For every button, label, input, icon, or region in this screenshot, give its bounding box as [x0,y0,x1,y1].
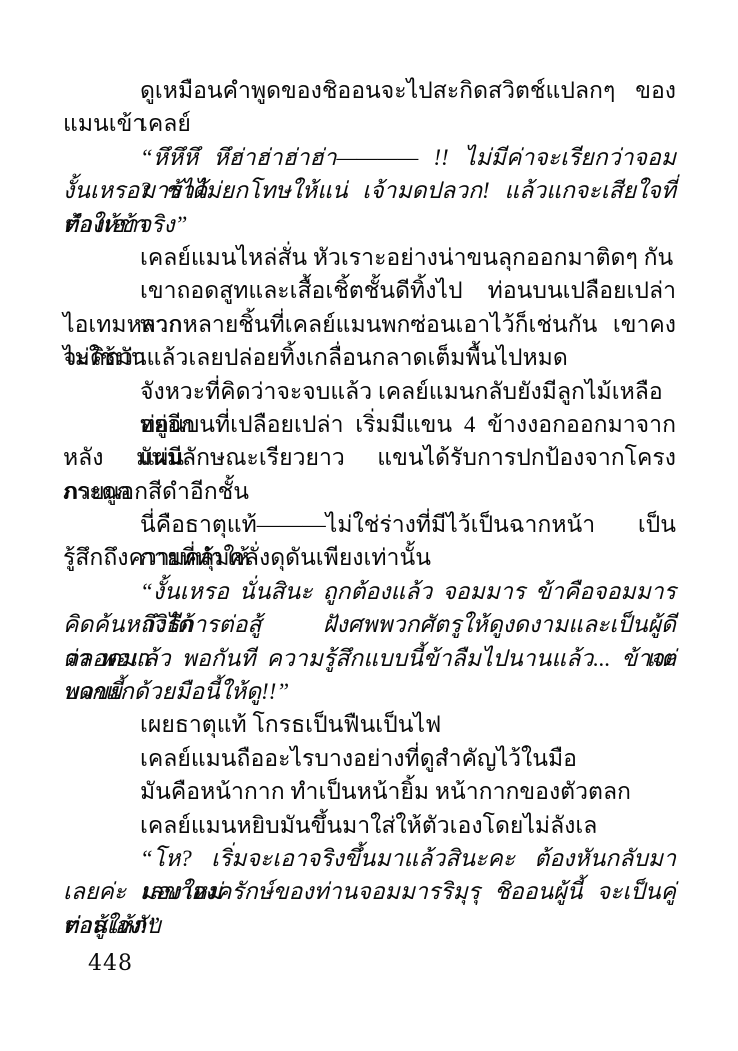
text-line: เคลย์แมนถืออะไรบางอย่างที่ดูสำคัญไว้ในมื… [63,742,676,775]
text-line: จะใช้มันแล้วเลยปล่อยทิ้งเกลื่อนกลาดเต็มพ… [63,341,676,374]
text-line: พวกแกด้วยมือนี้ให้ดู!!” [63,675,676,708]
page-number: 448 [88,951,133,976]
text-line: รู้สึกถึงความคลุ้มคลั่งดุดันเพียงเท่านั้… [63,541,676,574]
page-lines: ดูเหมือนคำพูดของชิออนจะไปสะกิดสวิตช์แปลก… [63,74,676,942]
text-line: ภายนอกสีดำอีกชั้น [63,475,676,508]
text-line: “หึหึหึ หึฮ่าฮ่าฮ่าฮ่า———— !! ไม่มีค่าจะ… [63,141,676,174]
text-line: เขาถอดสูทและเสื้อเชิ้ตชั้นดีทิ้งไป ท่อนบ… [63,274,676,307]
text-line: เคลย์แมนหยิบมันขึ้นมาใส่ให้ตัวเองโดยไม่ล… [63,809,676,842]
text-line: ไอเทมหลากหลายชิ้นที่เคลย์แมนพกซ่อนเอาไว้… [63,308,676,341]
text-line: คิดค้นหาวิธีการต่อสู้ ฝังศพพวกศัตรูให้ดู… [63,608,676,641]
text-line: ต้องเอาจริง” [63,208,676,241]
text-line: จังหวะที่คิดว่าจะจบแล้ว เคลย์แมนกลับยังม… [63,375,676,408]
text-line: เผยธาตุแท้ โกรธเป็นฟืนเป็นไฟ [63,708,676,741]
book-page: ดูเหมือนคำพูดของชิออนจะไปสะกิดสวิตช์แปลก… [0,0,738,1051]
text-line: เคลย์แมนไหล่สั่น หัวเราะอย่างน่าขนลุกออก… [63,241,676,274]
text-line: นี่คือธาตุแท้———ไม่ใช่ร่างที่มีไว้เป็นฉา… [63,508,676,541]
text-line: มันคือหน้ากาก ทำเป็นหน้ายิ้ม หน้ากากของต… [63,775,676,808]
text-line: “งั้นเหรอ นั่นสินะ ถูกต้องแล้ว จอมมาร ข้… [63,575,676,608]
text-line: ว่า พอแล้ว พอกันที ความรู้สึกแบบนี้ข้าลื… [63,642,676,675]
text-line: เลยค่ะ เลขาองครักษ์ของท่านจอมมารริมุรุ ช… [63,875,676,908]
text-line: ท่อนบนที่เปลือยเปล่า เริ่มมีแขน 4 ข้างงอ… [63,408,676,441]
text-line: หลัง มันมีลักษณะเรียวยาว แขนได้รับการปกป… [63,441,676,474]
text-line: งั้นเหรอ? ข้าไม่ยกโทษให้แน่ เจ้ามดปลวก! … [63,174,676,207]
text-line: “โห? เริ่มจะเอาจริงขึ้นมาแล้วสินะคะ ต้อง… [63,842,676,875]
text-line: ท่านเอง!” [63,909,676,942]
text-line: ดูเหมือนคำพูดของชิออนจะไปสะกิดสวิตช์แปลก… [63,74,676,107]
